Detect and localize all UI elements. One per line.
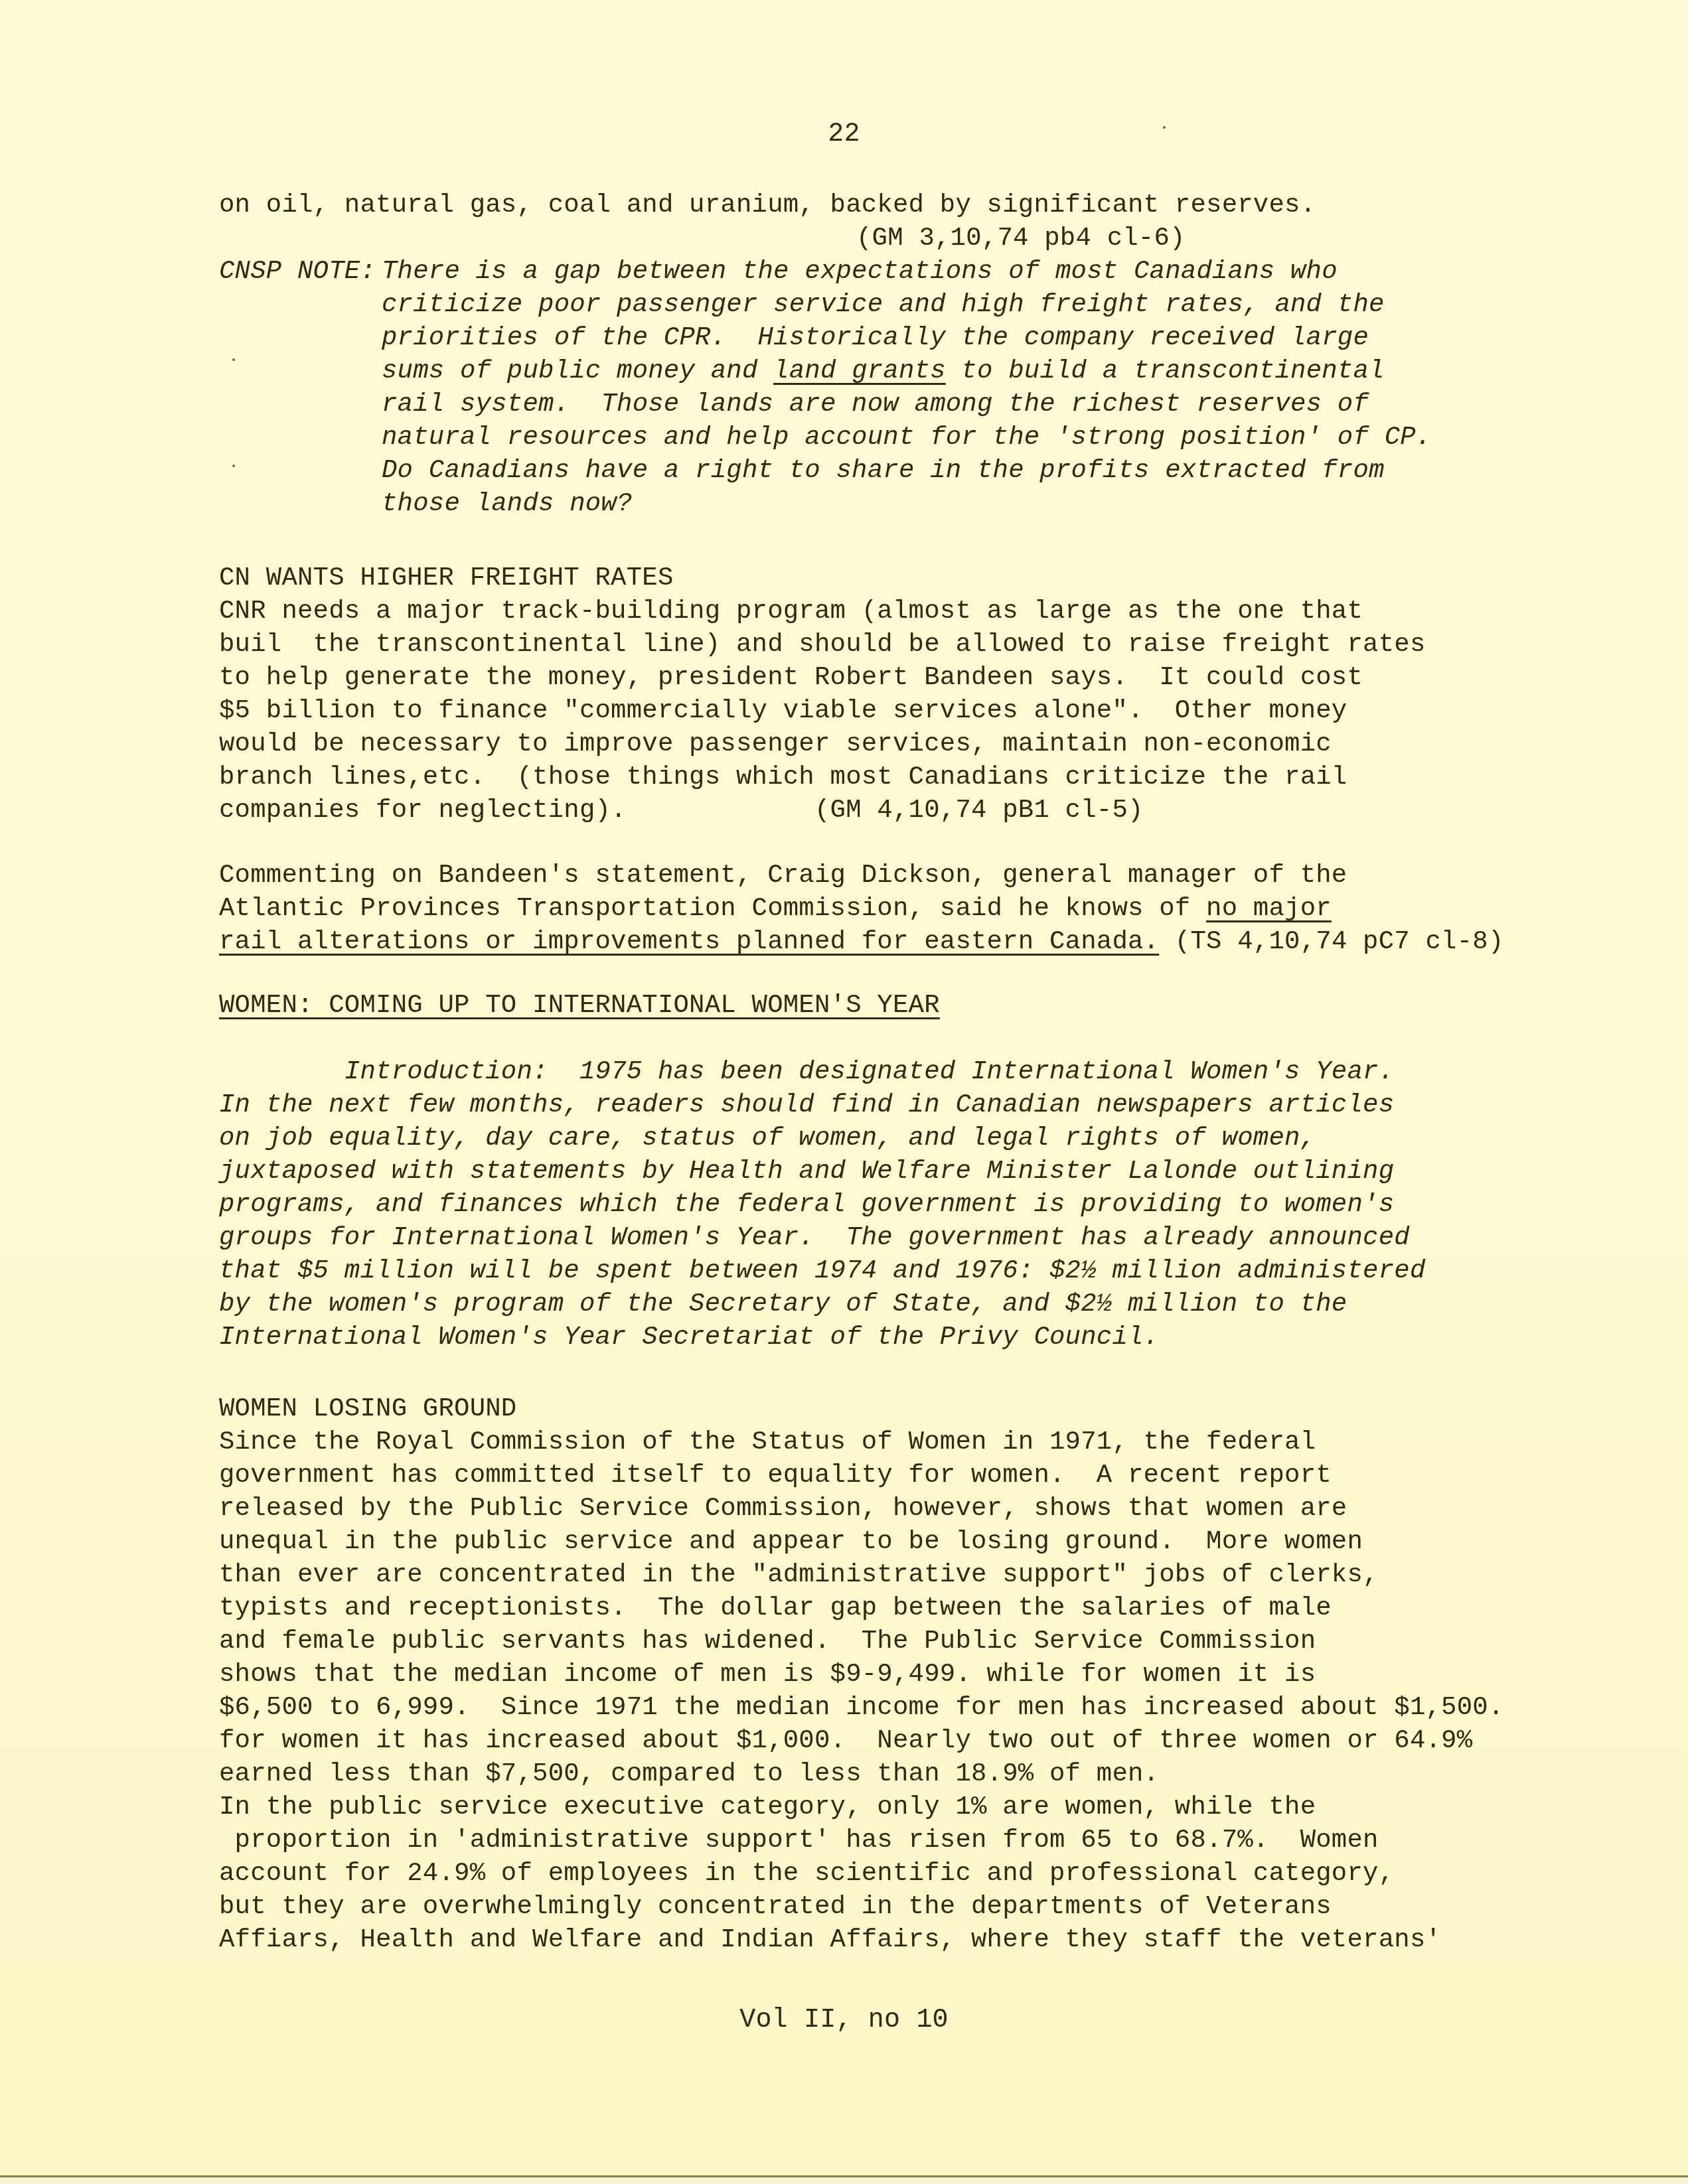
intro-line: on job equality, day care, status of wom… <box>219 1122 1316 1155</box>
paragraph-line: buil the transcontinental line) and shou… <box>219 628 1426 661</box>
paragraph-line: companies for neglecting). (GM 4,10,74 p… <box>219 794 1144 827</box>
intro-line: juxtaposed with statements by Health and… <box>219 1155 1394 1188</box>
section-heading-womens-year: WOMEN: COMING UP TO INTERNATIONAL WOMEN'… <box>219 989 940 1022</box>
paragraph-line: proportion in 'administrative support' h… <box>219 1824 1379 1857</box>
underlined-rail-alterations: rail alterations or improvements planned… <box>219 927 1159 956</box>
paragraph-line: In the public service executive category… <box>219 1790 1316 1824</box>
speck <box>232 465 235 467</box>
paragraph-line: would be necessary to improve passenger … <box>219 727 1332 761</box>
cnsp-note-line: priorities of the CPR. Historically the … <box>382 321 1369 354</box>
paragraph-line: CNR needs a major track-building program… <box>219 595 1363 628</box>
paragraph-line: typists and receptionists. The dollar ga… <box>219 1591 1332 1625</box>
footer-volume: Vol II, no 10 <box>0 2004 1688 2037</box>
page-number: 22 <box>0 118 1688 151</box>
paragraph-line: released by the Public Service Commissio… <box>219 1492 1347 1525</box>
text-run: sums of public money and <box>382 356 773 386</box>
text-run: Atlantic Provinces Transportation Commis… <box>219 894 1206 923</box>
paragraph-line: Atlantic Provinces Transportation Commis… <box>219 892 1332 925</box>
paragraph-line: government has committed itself to equal… <box>219 1459 1332 1492</box>
cnsp-note-line: sums of public money and land grants to … <box>382 354 1385 388</box>
paragraph-line: shows that the median income of men is $… <box>219 1658 1316 1691</box>
paragraph-line: earned less than $7,500, compared to les… <box>219 1757 1159 1790</box>
cnsp-note-line: criticize poor passenger service and hig… <box>382 288 1385 321</box>
citation: (TS 4,10,74 pC7 cl-8) <box>1159 927 1503 956</box>
cnsp-note-line: those lands now? <box>382 487 633 520</box>
intro-line: groups for International Women's Year. T… <box>219 1221 1410 1254</box>
cnsp-note-line: natural resources and help account for t… <box>382 421 1431 454</box>
paragraph-line: account for 24.9% of employees in the sc… <box>219 1857 1394 1890</box>
paragraph-line: than ever are concentrated in the "admin… <box>219 1558 1379 1591</box>
intro-line: that $5 million will be spent between 19… <box>219 1254 1426 1287</box>
citation: (GM 3,10,74 pb4 cl-6) <box>856 222 1186 255</box>
speck <box>232 358 235 361</box>
paragraph-line: Commenting on Bandeen's statement, Craig… <box>219 859 1347 892</box>
section-heading-women-losing-ground: WOMEN LOSING GROUND <box>219 1392 516 1425</box>
section-heading-cn-freight: CN WANTS HIGHER FREIGHT RATES <box>219 561 674 595</box>
paragraph-line: rail alterations or improvements planned… <box>219 925 1504 958</box>
cnsp-note-line: Do Canadians have a right to share in th… <box>382 454 1385 487</box>
paragraph-line: Since the Royal Commission of the Status… <box>219 1425 1316 1459</box>
paragraph-line: Affiars, Health and Welfare and Indian A… <box>219 1923 1441 1956</box>
intro-line: International Women's Year Secretariat o… <box>219 1321 1159 1354</box>
intro-line: In the next few months, readers should f… <box>219 1088 1394 1122</box>
cnsp-note-line: There is a gap between the expectations … <box>382 255 1338 288</box>
paragraph-line: $5 billion to finance "commercially viab… <box>219 694 1347 727</box>
intro-line: programs, and finances which the federal… <box>219 1188 1394 1221</box>
paragraph-line: to help generate the money, president Ro… <box>219 661 1363 694</box>
paragraph-line: but they are overwhelmingly concentrated… <box>219 1890 1332 1923</box>
cnsp-note-line: rail system. Those lands are now among t… <box>382 388 1369 421</box>
paragraph-line: branch lines,etc. (those things which mo… <box>219 761 1347 794</box>
page-edge <box>0 2177 1688 2184</box>
intro-line: by the women's program of the Secretary … <box>219 1287 1347 1321</box>
continuation-line: on oil, natural gas, coal and uranium, b… <box>219 188 1316 222</box>
intro-line: Introduction: 1975 has been designated I… <box>219 1055 1394 1088</box>
paragraph-line: $6,500 to 6,999. Since 1971 the median i… <box>219 1691 1504 1724</box>
paragraph-line: and female public servants has widened. … <box>219 1625 1316 1658</box>
text-run: to build a transcontinental <box>946 356 1385 386</box>
paragraph-line: for women it has increased about $1,000.… <box>219 1724 1472 1757</box>
paragraph-line: unequal in the public service and appear… <box>219 1525 1363 1558</box>
underlined-land-grants: land grants <box>773 356 946 386</box>
cnsp-note-label: CNSP NOTE: <box>219 255 376 288</box>
underlined-no-major: no major <box>1206 894 1332 923</box>
